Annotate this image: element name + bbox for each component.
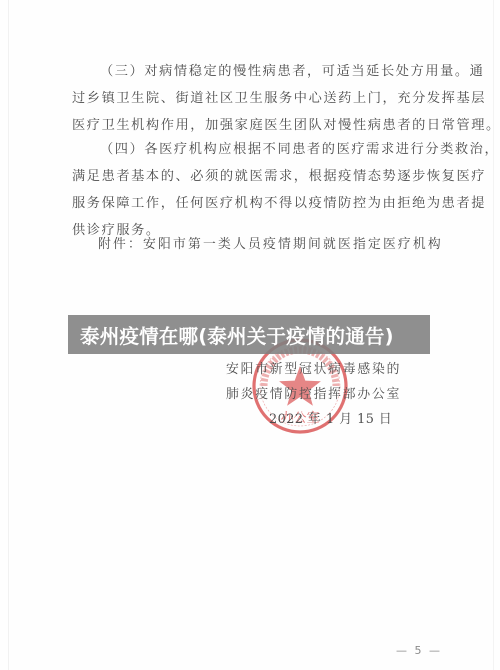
signature-block: 安阳市新型冠状病毒感染的 肺炎疫情防控指挥部办公室 2022 年 1 月 15 … <box>226 357 401 432</box>
paragraph-3-line-1: （三）对病情稳定的慢性病患者，可适当延长处方用量。通 <box>72 58 444 85</box>
attachment-note: 附件：安阳市第一类人员疫情期间就医指定医疗机构 <box>98 233 443 252</box>
paragraph-4: （四）各医疗机构应根据不同患者的医疗需求进行分类救治， 满足患者基本的、必须的就… <box>72 136 444 244</box>
signature-date: 2022 年 1 月 15 日 <box>226 407 401 432</box>
document-page: （三）对病情稳定的慢性病患者，可适当延长处方用量。通 过乡镇卫生院、街道社区卫生… <box>0 0 500 670</box>
paragraph-3: （三）对病情稳定的慢性病患者，可适当延长处方用量。通 过乡镇卫生院、街道社区卫生… <box>72 58 444 139</box>
signature-org-line-1: 安阳市新型冠状病毒感染的 <box>226 357 401 382</box>
paragraph-3-line-3: 医疗卫生机构作用，加强家庭医生团队对慢性病患者的日常管理。 <box>72 112 444 139</box>
paragraph-4-line-2: 满足患者基本的、必须的就医需求，根据疫情态势逐步恢复医疗 <box>72 163 444 190</box>
signature-org-line-2: 肺炎疫情防控指挥部办公室 <box>226 382 401 407</box>
page-number: — 5 — <box>396 644 442 657</box>
page-edge-left <box>8 0 9 670</box>
paragraph-4-line-1: （四）各医疗机构应根据不同患者的医疗需求进行分类救治， <box>72 136 444 163</box>
paragraph-4-line-3: 服务保障工作，任何医疗机构不得以疫情防控为由拒绝为患者提 <box>72 190 444 217</box>
title-banner: 泰州疫情在哪(泰州关于疫情的通告) <box>68 315 430 354</box>
page-edge-right <box>493 0 494 670</box>
paragraph-3-line-2: 过乡镇卫生院、街道社区卫生服务中心送药上门，充分发挥基层 <box>72 85 444 112</box>
banner-title: 泰州疫情在哪(泰州关于疫情的通告) <box>80 321 394 349</box>
